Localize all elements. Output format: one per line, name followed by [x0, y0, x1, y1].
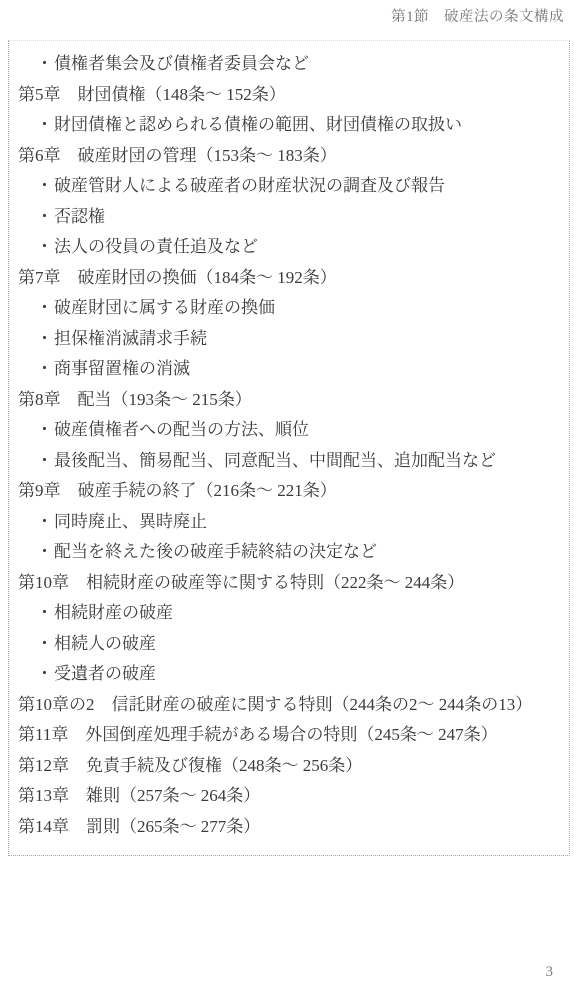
chapter-title: 外国倒産処理手続がある場合の特則: [68, 725, 357, 744]
bullet-dot-icon: ・: [36, 512, 53, 531]
running-header: 第1節 破産法の条文構成: [391, 5, 564, 26]
bullet-text: 商事留置権の消滅: [54, 359, 190, 378]
bullet-dot-icon: ・: [36, 298, 53, 317]
chapter-article-range: （248条〜 256条）: [222, 756, 362, 775]
toc-line-bullet: ・債権者集会及び債権者委員会など: [9, 49, 569, 80]
chapter-article-range: （245条〜 247条）: [357, 725, 497, 744]
toc-line-bullet: ・配当を終えた後の破産手続終結の決定など: [9, 537, 569, 568]
toc-line-bullet: ・相続財産の破産: [9, 598, 569, 629]
bullet-text: 最後配当、簡易配当、同意配当、中間配当、追加配当など: [54, 451, 496, 470]
chapter-label: 第14章: [18, 817, 69, 836]
chapter-title: 信託財産の破産に関する特則: [95, 695, 333, 714]
bullet-text: 相続財産の破産: [54, 603, 173, 622]
toc-line-chapter: 第14章 罰則（265条〜 277条）: [9, 812, 569, 843]
bullet-dot-icon: ・: [36, 634, 53, 653]
toc-line-chapter: 第11章 外国倒産処理手続がある場合の特則（245条〜 247条）: [9, 720, 569, 751]
toc-line-bullet: ・同時廃止、異時廃止: [9, 507, 569, 538]
toc-line-bullet: ・相続人の破産: [9, 629, 569, 660]
chapter-article-range: （265条〜 277条）: [120, 817, 260, 836]
content-box: ・債権者集会及び債権者委員会など第5章 財団債権（148条〜 152条）・財団債…: [8, 40, 570, 856]
toc-list: ・債権者集会及び債権者委員会など第5章 財団債権（148条〜 152条）・財団債…: [9, 49, 569, 842]
bullet-text: 相続人の破産: [54, 634, 156, 653]
chapter-title: 破産財団の換価: [61, 268, 197, 287]
toc-line-bullet: ・破産債権者への配当の方法、順位: [9, 415, 569, 446]
chapter-title: 相続財産の破産等に関する特則: [69, 573, 324, 592]
bullet-text: 破産財団に属する財産の換価: [54, 298, 275, 317]
chapter-article-range: （153条〜 183条）: [197, 146, 337, 165]
page: 第1節 破産法の条文構成 ・債権者集会及び債権者委員会など第5章 財団債権（14…: [0, 0, 577, 1000]
bullet-text: 法人の役員の責任追及など: [54, 237, 258, 256]
chapter-article-range: （193条〜 215条）: [112, 390, 252, 409]
bullet-dot-icon: ・: [36, 542, 53, 561]
toc-line-bullet: ・担保権消滅請求手続: [9, 324, 569, 355]
bullet-text: 財団債権と認められる債権の範囲、財団債権の取扱い: [54, 115, 462, 134]
bullet-dot-icon: ・: [36, 115, 53, 134]
bullet-text: 担保権消滅請求手続: [54, 329, 207, 348]
chapter-article-range: （222条〜 244条）: [324, 573, 464, 592]
chapter-title: 罰則: [69, 817, 120, 836]
bullet-text: 破産管財人による破産者の財産状況の調査及び報告: [54, 176, 445, 195]
chapter-label: 第8章: [18, 390, 61, 409]
bullet-dot-icon: ・: [36, 54, 53, 73]
toc-line-chapter: 第5章 財団債権（148条〜 152条）: [9, 80, 569, 111]
chapter-article-range: （184条〜 192条）: [197, 268, 337, 287]
toc-line-bullet: ・最後配当、簡易配当、同意配当、中間配当、追加配当など: [9, 446, 569, 477]
page-number: 3: [546, 964, 554, 981]
bullet-dot-icon: ・: [36, 451, 53, 470]
bullet-text: 受遺者の破産: [54, 664, 156, 683]
toc-line-chapter: 第6章 破産財団の管理（153条〜 183条）: [9, 141, 569, 172]
toc-line-bullet: ・法人の役員の責任追及など: [9, 232, 569, 263]
chapter-title: 破産財団の管理: [61, 146, 197, 165]
toc-line-chapter: 第7章 破産財団の換価（184条〜 192条）: [9, 263, 569, 294]
chapter-label: 第13章: [18, 786, 69, 805]
chapter-title: 免責手続及び復権: [69, 756, 222, 775]
toc-line-bullet: ・受遺者の破産: [9, 659, 569, 690]
chapter-article-range: （244条の2〜 244条の13）: [333, 695, 533, 714]
bullet-dot-icon: ・: [36, 207, 53, 226]
bullet-dot-icon: ・: [36, 329, 53, 348]
chapter-label: 第10章の2: [18, 695, 95, 714]
chapter-label: 第5章: [18, 85, 61, 104]
toc-line-bullet: ・破産管財人による破産者の財産状況の調査及び報告: [9, 171, 569, 202]
toc-line-bullet: ・財団債権と認められる債権の範囲、財団債権の取扱い: [9, 110, 569, 141]
chapter-title: 財団債権: [61, 85, 146, 104]
toc-line-bullet: ・商事留置権の消滅: [9, 354, 569, 385]
bullet-text: 債権者集会及び債権者委員会など: [54, 54, 309, 73]
toc-line-chapter: 第10章の2 信託財産の破産に関する特則（244条の2〜 244条の13）: [9, 690, 569, 721]
bullet-dot-icon: ・: [36, 420, 53, 439]
chapter-label: 第7章: [18, 268, 61, 287]
chapter-label: 第6章: [18, 146, 61, 165]
bullet-text: 否認権: [54, 207, 105, 226]
chapter-label: 第12章: [18, 756, 69, 775]
chapter-label: 第10章: [18, 573, 69, 592]
chapter-article-range: （216条〜 221条）: [197, 481, 337, 500]
bullet-dot-icon: ・: [36, 664, 53, 683]
bullet-dot-icon: ・: [36, 176, 53, 195]
chapter-article-range: （148条〜 152条）: [146, 85, 286, 104]
bullet-text: 同時廃止、異時廃止: [54, 512, 207, 531]
chapter-title: 雑則: [69, 786, 120, 805]
chapter-article-range: （257条〜 264条）: [120, 786, 260, 805]
toc-line-chapter: 第10章 相続財産の破産等に関する特則（222条〜 244条）: [9, 568, 569, 599]
bullet-dot-icon: ・: [36, 237, 53, 256]
toc-line-chapter: 第9章 破産手続の終了（216条〜 221条）: [9, 476, 569, 507]
bullet-dot-icon: ・: [36, 359, 53, 378]
bullet-dot-icon: ・: [36, 603, 53, 622]
chapter-title: 破産手続の終了: [61, 481, 197, 500]
toc-line-chapter: 第8章 配当（193条〜 215条）: [9, 385, 569, 416]
toc-line-chapter: 第13章 雑則（257条〜 264条）: [9, 781, 569, 812]
chapter-label: 第9章: [18, 481, 61, 500]
bullet-text: 配当を終えた後の破産手続終結の決定など: [54, 542, 377, 561]
toc-line-chapter: 第12章 免責手続及び復権（248条〜 256条）: [9, 751, 569, 782]
chapter-label: 第11章: [18, 725, 68, 744]
chapter-title: 配当: [61, 390, 112, 409]
toc-line-bullet: ・否認権: [9, 202, 569, 233]
bullet-text: 破産債権者への配当の方法、順位: [54, 420, 309, 439]
toc-line-bullet: ・破産財団に属する財産の換価: [9, 293, 569, 324]
